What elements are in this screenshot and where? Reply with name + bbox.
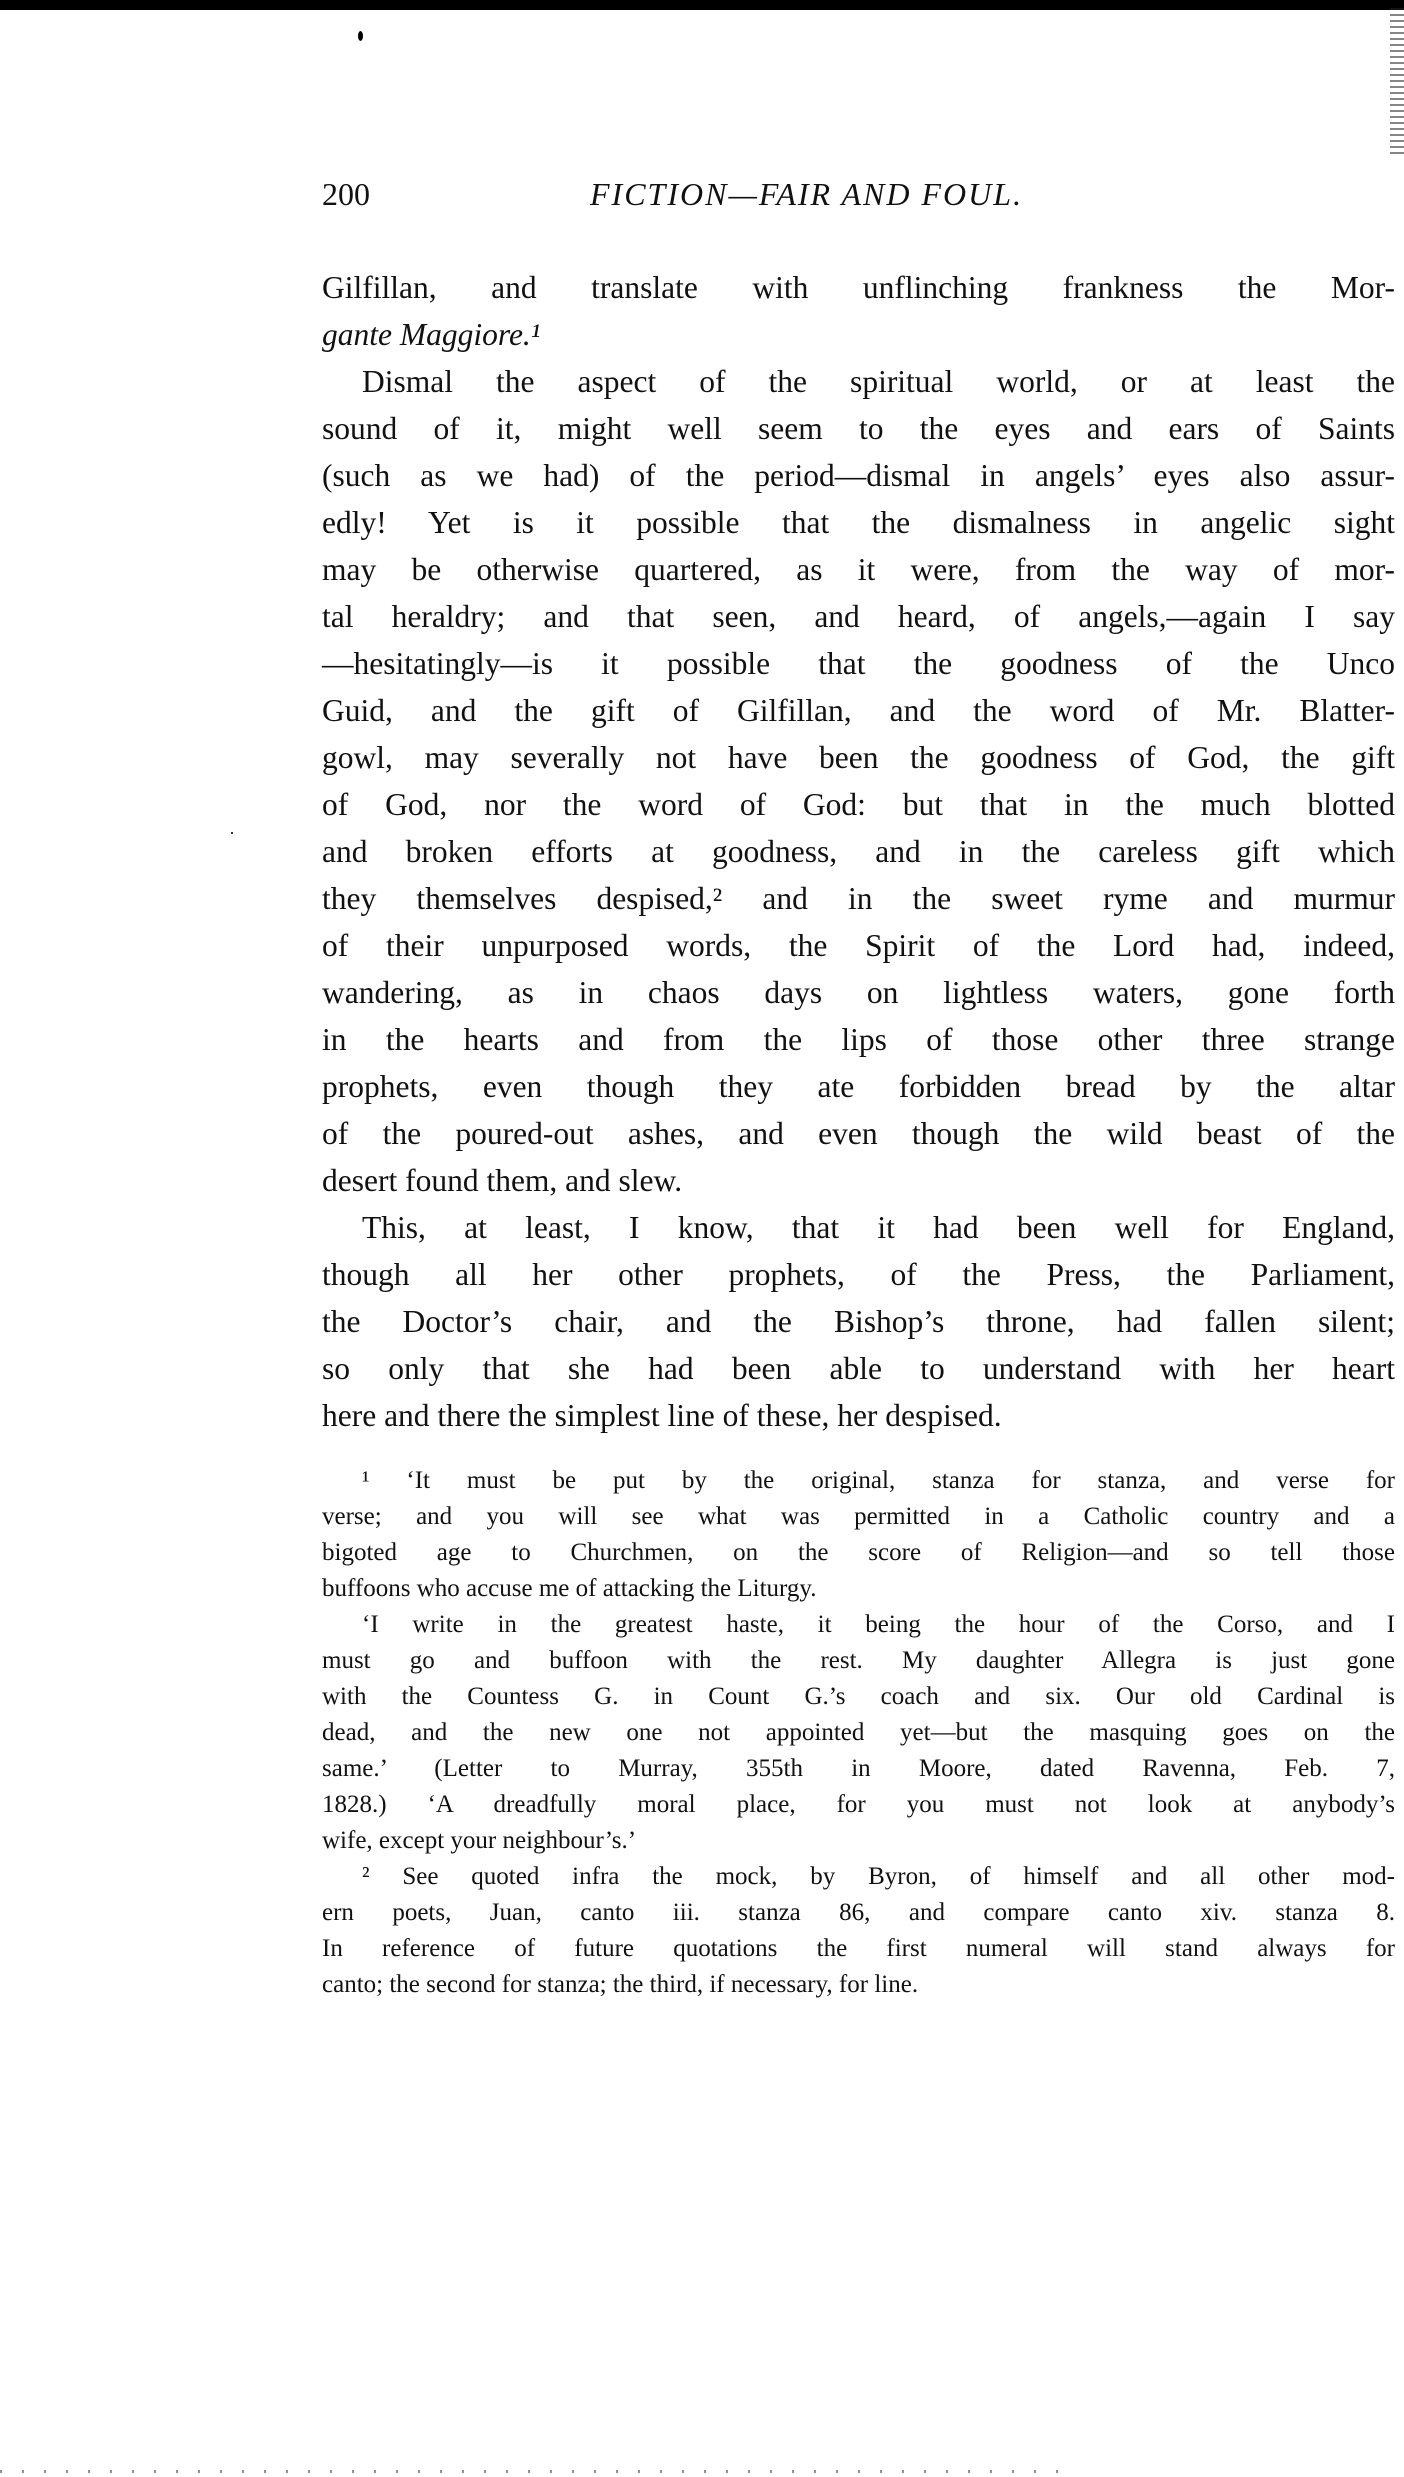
text-line: wandering, as in chaos days on lightless…: [322, 969, 1395, 1016]
text-line: —hesitatingly—is it possible that the go…: [322, 640, 1395, 687]
text-line: sound of it, might well seem to the eyes…: [322, 405, 1395, 452]
paragraph: This, at least, I know, that it had been…: [322, 1204, 1395, 1439]
footnote-line: ² See quoted infra the mock, by Byron, o…: [322, 1859, 1395, 1895]
footnote-line: wife, except your neighbour’s.’: [322, 1823, 1395, 1859]
footnote-2: ² See quoted infra the mock, by Byron, o…: [322, 1859, 1395, 2003]
text-line: gowl, may severally not have been the go…: [322, 734, 1395, 781]
body-text: Gilfillan, and translate with unflinchin…: [322, 264, 1395, 1439]
footnote-line: canto; the second for stanza; the third,…: [322, 1967, 1395, 2003]
scan-bottom-noise: [0, 2470, 1060, 2473]
text-line: the Doctor’s chair, and the Bishop’s thr…: [322, 1298, 1395, 1345]
footnote-line: ern poets, Juan, canto iii. stanza 86, a…: [322, 1895, 1395, 1931]
book-page: 200 FICTION—FAIR AND FOUL. Gilfillan, an…: [322, 168, 1395, 2003]
footnotes: ¹ ‘It must be put by the original, stanz…: [322, 1463, 1395, 2003]
running-head: 200 FICTION—FAIR AND FOUL.: [322, 168, 1395, 220]
footnote-line: buffoons who accuse me of attacking the …: [322, 1571, 1395, 1607]
text-line: of their unpurposed words, the Spirit of…: [322, 922, 1395, 969]
footnote-1-continued: ‘I write in the greatest haste, it being…: [322, 1607, 1395, 1859]
text-line: and broken efforts at goodness, and in t…: [322, 828, 1395, 875]
text-line: of the poured-out ashes, and even though…: [322, 1110, 1395, 1157]
footnote-line: In reference of future quotations the fi…: [322, 1931, 1395, 1967]
text-line: though all her other prophets, of the Pr…: [322, 1251, 1395, 1298]
text-line: This, at least, I know, that it had been…: [322, 1204, 1395, 1251]
footnote-line: same.’ (Letter to Murray, 355th in Moore…: [322, 1751, 1395, 1787]
text-line: here and there the simplest line of thes…: [322, 1392, 1395, 1439]
footnote-line: ‘I write in the greatest haste, it being…: [322, 1607, 1395, 1643]
text-line: desert found them, and slew.: [322, 1157, 1395, 1204]
paragraph: Dismal the aspect of the spiritual world…: [322, 358, 1395, 1204]
text-line: so only that she had been able to unders…: [322, 1345, 1395, 1392]
scan-edge-noise: [1390, 8, 1404, 158]
scan-speck: [231, 832, 233, 834]
footnote-line: 1828.) ‘A dreadfully moral place, for yo…: [322, 1787, 1395, 1823]
scan-top-border: [0, 0, 1404, 10]
footnote-line: dead, and the new one not appointed yet—…: [322, 1715, 1395, 1751]
page-number: 200: [322, 168, 370, 220]
scan-speck: [358, 31, 363, 41]
footnote-line: ¹ ‘It must be put by the original, stanz…: [322, 1463, 1395, 1499]
text-line: prophets, even though they ate forbidden…: [322, 1063, 1395, 1110]
paragraph: Gilfillan, and translate with unflinchin…: [322, 264, 1395, 358]
footnote-1: ¹ ‘It must be put by the original, stanz…: [322, 1463, 1395, 1607]
text-line: tal heraldry; and that seen, and heard, …: [322, 593, 1395, 640]
text-line: Gilfillan, and translate with unflinchin…: [322, 264, 1395, 311]
text-line: of God, nor the word of God: but that in…: [322, 781, 1395, 828]
text-line: (such as we had) of the period—dismal in…: [322, 452, 1395, 499]
text-line: Dismal the aspect of the spiritual world…: [322, 358, 1395, 405]
footnote-line: verse; and you will see what was permitt…: [322, 1499, 1395, 1535]
text-line: edly! Yet is it possible that the dismal…: [322, 499, 1395, 546]
text-line: they themselves despised,² and in the sw…: [322, 875, 1395, 922]
text-line: in the hearts and from the lips of those…: [322, 1016, 1395, 1063]
footnote-line: must go and buffoon with the rest. My da…: [322, 1643, 1395, 1679]
text-line: may be otherwise quartered, as it were, …: [322, 546, 1395, 593]
footnote-line: with the Countess G. in Count G.’s coach…: [322, 1679, 1395, 1715]
running-title: FICTION—FAIR AND FOUL.: [590, 168, 1023, 220]
footnote-line: bigoted age to Churchmen, on the score o…: [322, 1535, 1395, 1571]
text-line: Guid, and the gift of Gilfillan, and the…: [322, 687, 1395, 734]
text-line: gante Maggiore.¹: [322, 311, 1395, 358]
